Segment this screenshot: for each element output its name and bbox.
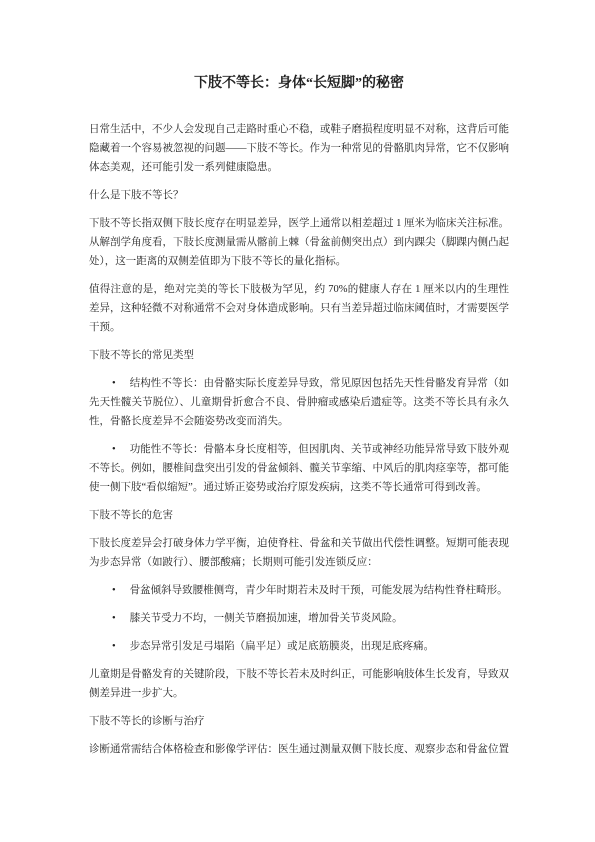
- bullet-item-functional: •功能性不等长：骨骼本身长度相等，但因肌肉、关节或神经功能异常导致下肢外观不等长…: [89, 440, 509, 497]
- bullet-text: 骨盆倾斜导致腰椎侧弯，青少年时期若未及时干预，可能发展为结构性脊柱畸形。: [130, 585, 508, 596]
- bullet-icon: •: [112, 440, 116, 459]
- document-page: 下肢不等长：身体“长短脚”的秘密 日常生活中，不少人会发现自己走路时重心不稳，或…: [0, 0, 595, 842]
- bullet-text: 结构性不等长：由骨骼实际长度差异导致，常见原因包括先天性骨骼发育异常（如先天性髋…: [89, 378, 509, 427]
- section-heading-harms: 下肢不等长的危害: [89, 506, 509, 525]
- bullet-item-pelvic-tilt: •骨盆倾斜导致腰椎侧弯，青少年时期若未及时干预，可能发展为结构性脊柱畸形。: [89, 581, 509, 600]
- bullet-item-structural: •结构性不等长：由骨骼实际长度差异导致，常见原因包括先天性骨骼发育异常（如先天性…: [89, 374, 509, 431]
- paragraph-definition: 下肢不等长指双侧下肢长度存在明显差异，医学上通常以相差超过 1 厘米为临床关注标…: [89, 214, 509, 271]
- bullet-item-knee: •膝关节受力不均，一侧关节磨损加速，增加骨关节炎风险。: [89, 609, 509, 628]
- paragraph-children: 儿童期是骨骼发育的关键阶段，下肢不等长若未及时纠正，可能影响肢体生长发育，导致双…: [89, 665, 509, 703]
- paragraph-intro: 日常生活中，不少人会发现自己走路时重心不稳，或鞋子磨损程度明显不对称，这背后可能…: [89, 120, 509, 177]
- bullet-item-foot: •步态异常引发足弓塌陷（扁平足）或足底筋膜炎，出现足底疼痛。: [89, 637, 509, 656]
- section-heading-types: 下肢不等长的常见类型: [89, 346, 509, 365]
- bullet-text: 膝关节受力不均，一侧关节磨损加速，增加骨关节炎风险。: [130, 613, 403, 624]
- paragraph-diagnosis: 诊断通常需结合体格检查和影像学评估：医生通过测量双侧下肢长度、观察步态和骨盆位置: [89, 740, 509, 759]
- section-heading-what-is: 什么是下肢不等长？: [89, 186, 509, 205]
- doc-title: 下肢不等长：身体“长短脚”的秘密: [89, 74, 509, 94]
- bullet-text: 步态异常引发足弓塌陷（扁平足）或足底筋膜炎，出现足底疼痛。: [130, 641, 435, 652]
- paragraph-harms-intro: 下肢长度差异会打破身体力学平衡，迫使脊柱、骨盆和关节做出代偿性调整。短期可能表现…: [89, 534, 509, 572]
- bullet-icon: •: [112, 374, 116, 393]
- section-heading-diagnosis: 下肢不等长的诊断与治疗: [89, 712, 509, 731]
- bullet-text: 功能性不等长：骨骼本身长度相等，但因肌肉、关节或神经功能异常导致下肢外观不等长。…: [89, 444, 509, 493]
- bullet-icon: •: [112, 609, 116, 628]
- bullet-icon: •: [112, 581, 116, 600]
- bullet-icon: •: [112, 637, 116, 656]
- paragraph-note: 值得注意的是，绝对完美的等长下肢极为罕见，约 70%的健康人存在 1 厘米以内的…: [89, 280, 509, 337]
